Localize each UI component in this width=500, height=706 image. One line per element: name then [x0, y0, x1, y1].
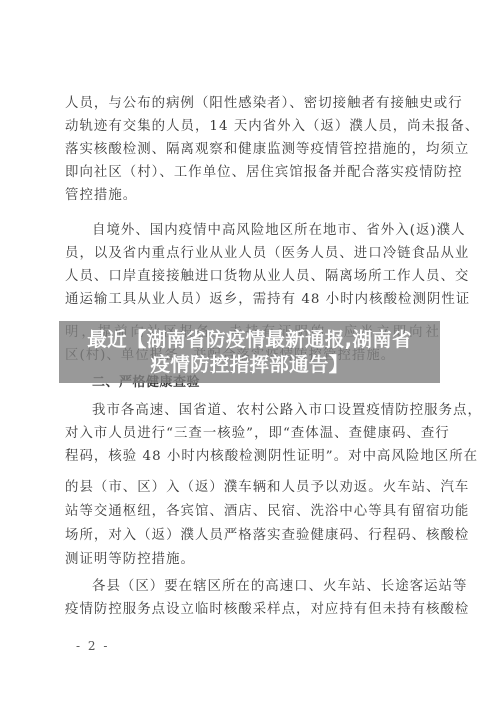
text-line: 站等交通枢纽，各宾馆、酒店、民宿、洗浴中心等具有留宿功能	[65, 503, 440, 521]
text-line: 对入市人员进行“三查一核验”，即“查体温、查健康码、查行	[65, 425, 440, 443]
text-line: 管控措施。	[65, 187, 137, 205]
text-line: 自境外、国内疫情中高风险地区所在地市、省外入(返)濮人	[92, 222, 440, 240]
text-line: 动轨迹有交集的人员，14 天内省外入（返）濮人员，尚未报备、	[65, 118, 440, 136]
text-line: 落实核酸检测、隔离观察和健康监测等疫情管控措施的，均须立	[65, 141, 440, 159]
text-line: 疫情防控服务点设立临时核酸采样点，对应持有但未持有核酸检	[65, 601, 440, 619]
banner-title: 最近【湖南省防疫情最新通报,湖南省 疫情防控指挥部通告】	[59, 321, 440, 377]
title-banner[interactable]: 最近【湖南省防疫情最新通报,湖南省 疫情防控指挥部通告】	[59, 321, 440, 383]
text-line: 测证明等防控措施。	[65, 551, 195, 569]
text-line: 的县（市、区）入（返）濮车辆和人员予以劝返。火车站、汽车	[65, 479, 440, 497]
text-line: 人员、口岸直接接触进口货物从业人员、隔离场所工作人员、交	[65, 268, 440, 286]
text-line: 场所，对入（返）濮人员严格落实查验健康码、行程码、核酸检	[65, 527, 440, 545]
text-line: 通运输工具从业人员）返乡，需持有 48 小时内核酸检测阴性证	[65, 291, 440, 309]
text-line: 程码，核验 48 小时内核酸检测阴性证明”。对中高风险地区所在	[65, 448, 440, 466]
text-line: 即向社区（村）、工作单位、居住宾馆报备并配合落实疫情防控	[65, 164, 440, 182]
text-line: 人员，与公布的病例（阳性感染者）、密切接触者有接触史或行	[65, 95, 440, 113]
text-line: 我市各高速、国省道、农村公路入市口设置疫情防控服务点，	[92, 402, 440, 420]
text-line: 员，以及省内重点行业从业人员（医务人员、进口冷链食品从业	[65, 245, 440, 263]
page-number: - 2 -	[76, 639, 109, 653]
banner-title-line2: 疫情防控指挥部通告】	[59, 352, 440, 377]
banner-title-line1: 最近【湖南省防疫情最新通报,湖南省	[59, 327, 440, 352]
text-line: 各县（区）要在辖区所在的高速口、火车站、长途客运站等	[92, 578, 440, 596]
